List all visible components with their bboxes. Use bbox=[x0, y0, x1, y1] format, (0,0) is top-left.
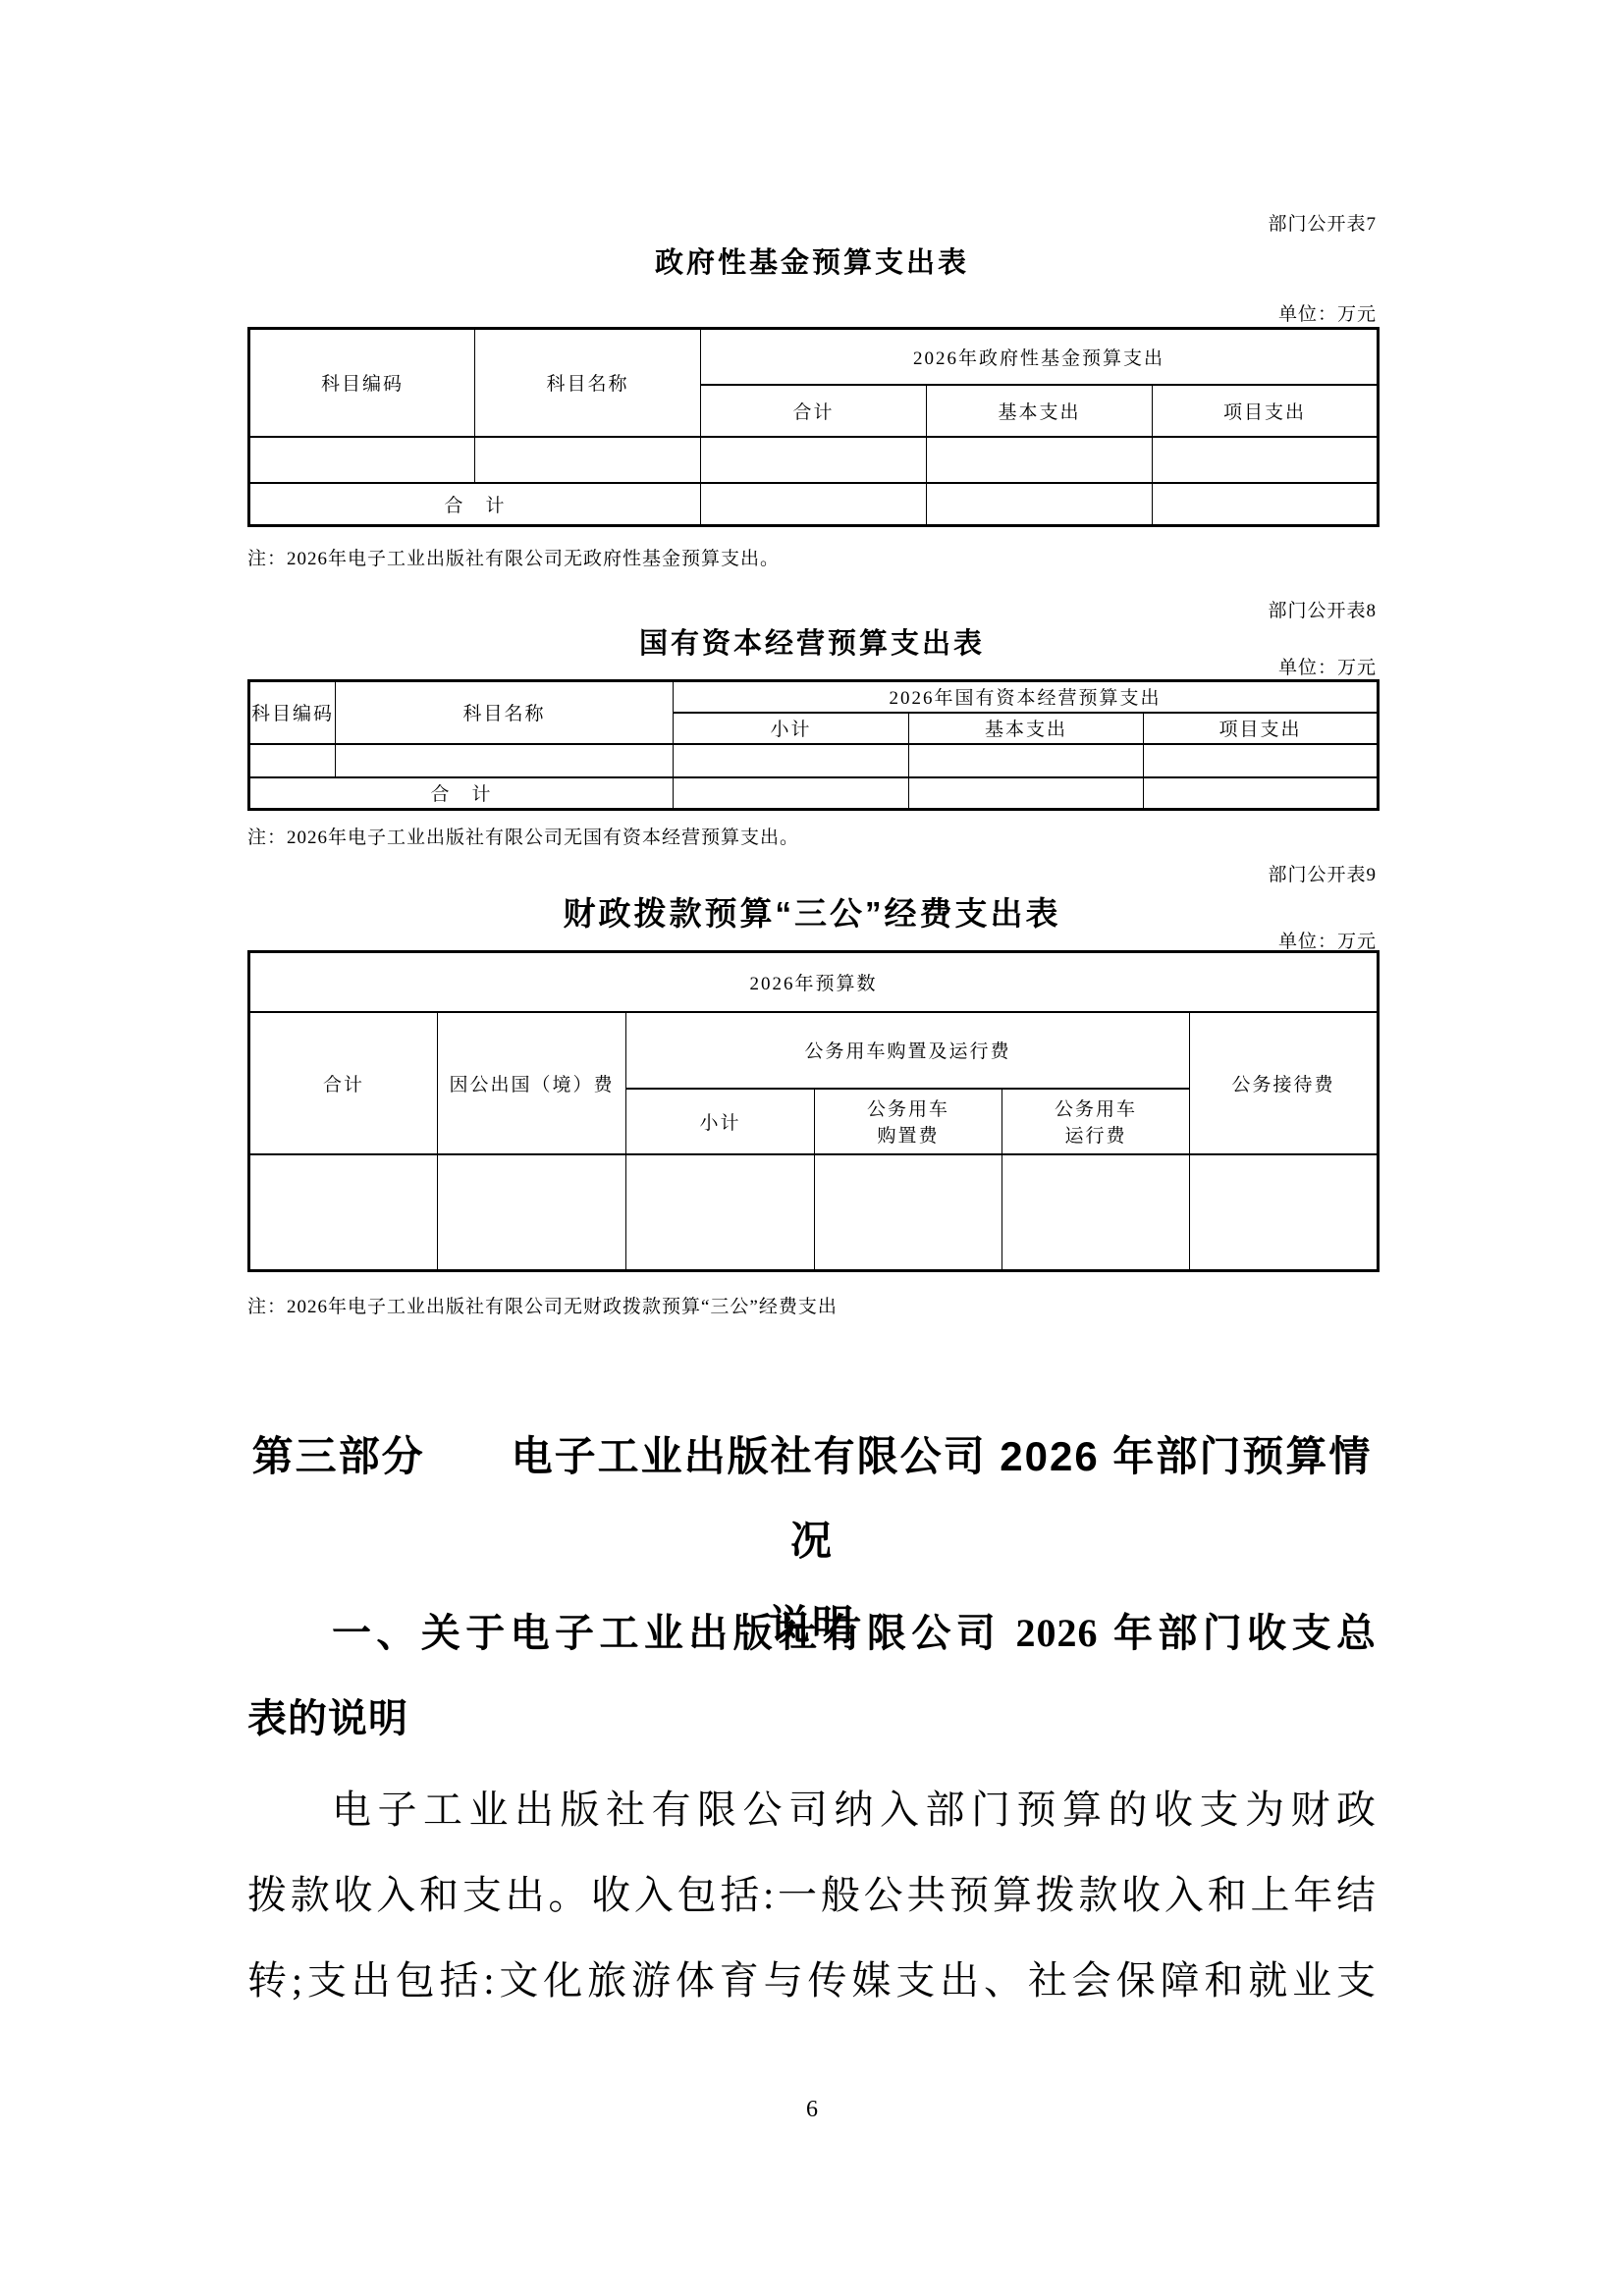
section-heading-line1: 第三部分 电子工业出版社有限公司 2026 年部门预算情况 bbox=[247, 1415, 1377, 1583]
page-number: 6 bbox=[247, 2097, 1377, 2123]
empty-cell bbox=[1002, 1154, 1190, 1271]
table-row: 2026年预算数 bbox=[249, 952, 1379, 1012]
table-row: 合计 因公出国（境）费 公务用车购置及运行费 公务接待费 bbox=[249, 1012, 1379, 1089]
state-capital-header-code: 科目编码 bbox=[249, 681, 336, 744]
three-public-header-vehicle-operation: 公务用车 运行费 bbox=[1002, 1089, 1190, 1154]
state-capital-header-basic: 基本支出 bbox=[909, 713, 1144, 744]
gov-fund-header-total: 合计 bbox=[701, 385, 927, 437]
gov-fund-unit-label: 单位：万元 bbox=[247, 299, 1377, 326]
empty-cell bbox=[701, 483, 927, 526]
gov-fund-note: 注：2026年电子工业出版社有限公司无政府性基金预算支出。 bbox=[247, 544, 1377, 570]
three-public-annotation: 部门公开表9 bbox=[247, 860, 1377, 886]
three-public-header-vehicle-purchase: 公务用车 购置费 bbox=[815, 1089, 1002, 1154]
empty-cell bbox=[1144, 777, 1379, 810]
empty-cell bbox=[249, 744, 336, 777]
table-row: 科目编码 科目名称 2026年政府性基金预算支出 bbox=[249, 329, 1379, 385]
empty-cell bbox=[249, 437, 475, 483]
three-public-note: 注：2026年电子工业出版社有限公司无财政拨款预算“三公”经费支出 bbox=[247, 1292, 1377, 1318]
gov-fund-header-project: 项目支出 bbox=[1153, 385, 1379, 437]
empty-cell bbox=[249, 1154, 438, 1271]
state-capital-header-group: 2026年国有资本经营预算支出 bbox=[674, 681, 1379, 713]
empty-cell bbox=[1144, 744, 1379, 777]
table-row bbox=[249, 437, 1379, 483]
body-paragraph-line2: 拨款收入和支出。收入包括:一般公共预算拨款收入和上年结 bbox=[247, 1852, 1377, 1938]
empty-cell bbox=[815, 1154, 1002, 1271]
gov-fund-header-group: 2026年政府性基金预算支出 bbox=[701, 329, 1379, 385]
gov-fund-annotation: 部门公开表7 bbox=[247, 209, 1377, 236]
empty-cell bbox=[927, 437, 1153, 483]
empty-cell bbox=[475, 437, 701, 483]
state-capital-header-name: 科目名称 bbox=[336, 681, 674, 744]
three-public-header-vehicle-group: 公务用车购置及运行费 bbox=[626, 1012, 1190, 1089]
state-capital-header-subtotal: 小计 bbox=[674, 713, 909, 744]
empty-cell bbox=[909, 777, 1144, 810]
state-capital-table: 科目编码 科目名称 2026年国有资本经营预算支出 小计 基本支出 项目支出 合… bbox=[247, 679, 1380, 811]
state-capital-annotation: 部门公开表8 bbox=[247, 596, 1377, 622]
empty-cell bbox=[438, 1154, 626, 1271]
table-row: 科目编码 科目名称 2026年国有资本经营预算支出 bbox=[249, 681, 1379, 713]
gov-fund-total-row-label: 合 计 bbox=[249, 483, 701, 526]
empty-cell bbox=[336, 744, 674, 777]
subsection-heading-line1: 一、关于电子工业出版社有限公司 2026 年部门收支总 bbox=[247, 1590, 1377, 1676]
empty-cell bbox=[626, 1154, 815, 1271]
body-paragraph-line3: 转;支出包括:文化旅游体育与传媒支出、社会保障和就业支 bbox=[247, 1938, 1377, 2023]
empty-cell bbox=[701, 437, 927, 483]
table-row: 合 计 bbox=[249, 777, 1379, 810]
state-capital-note: 注：2026年电子工业出版社有限公司无国有资本经营预算支出。 bbox=[247, 823, 1377, 849]
table-row: 合 计 bbox=[249, 483, 1379, 526]
empty-cell bbox=[927, 483, 1153, 526]
gov-fund-title: 政府性基金预算支出表 bbox=[247, 240, 1377, 281]
empty-cell bbox=[674, 744, 909, 777]
three-public-table: 2026年预算数 合计 因公出国（境）费 公务用车购置及运行费 公务接待费 小计… bbox=[247, 950, 1380, 1272]
table-row bbox=[249, 744, 1379, 777]
three-public-year-header: 2026年预算数 bbox=[249, 952, 1379, 1012]
three-public-header-reception: 公务接待费 bbox=[1190, 1012, 1379, 1154]
state-capital-total-row-label: 合 计 bbox=[249, 777, 674, 810]
three-public-header-abroad: 因公出国（境）费 bbox=[438, 1012, 626, 1154]
subsection-heading: 一、关于电子工业出版社有限公司 2026 年部门收支总 表的说明 bbox=[247, 1590, 1377, 1761]
gov-fund-header-basic: 基本支出 bbox=[927, 385, 1153, 437]
state-capital-header-project: 项目支出 bbox=[1144, 713, 1379, 744]
state-capital-unit-label: 单位：万元 bbox=[247, 653, 1377, 679]
empty-cell bbox=[1190, 1154, 1379, 1271]
document-page: 部门公开表7 政府性基金预算支出表 单位：万元 科目编码 科目名称 2026年政… bbox=[0, 0, 1624, 2296]
empty-cell bbox=[1153, 483, 1379, 526]
gov-fund-header-code: 科目编码 bbox=[249, 329, 475, 437]
body-paragraph-line1: 电子工业出版社有限公司纳入部门预算的收支为财政 bbox=[247, 1767, 1377, 1852]
gov-fund-table: 科目编码 科目名称 2026年政府性基金预算支出 合计 基本支出 项目支出 合 … bbox=[247, 327, 1380, 527]
subsection-heading-line2: 表的说明 bbox=[247, 1676, 1377, 1761]
table-row bbox=[249, 1154, 1379, 1271]
three-public-unit-label: 单位：万元 bbox=[247, 927, 1377, 953]
three-public-header-total: 合计 bbox=[249, 1012, 438, 1154]
body-paragraph: 电子工业出版社有限公司纳入部门预算的收支为财政 拨款收入和支出。收入包括:一般公… bbox=[247, 1767, 1377, 2023]
empty-cell bbox=[674, 777, 909, 810]
empty-cell bbox=[909, 744, 1144, 777]
three-public-header-vehicle-subtotal: 小计 bbox=[626, 1089, 815, 1154]
empty-cell bbox=[1153, 437, 1379, 483]
gov-fund-header-name: 科目名称 bbox=[475, 329, 701, 437]
